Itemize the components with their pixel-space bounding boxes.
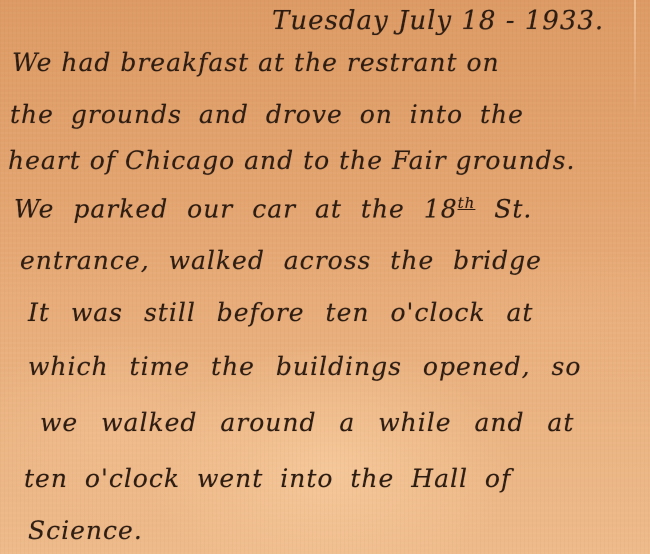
text-line-4-end: St. [475, 194, 532, 223]
text-line-9: ten o'clock went into the Hall of [24, 464, 511, 493]
text-line-4: We parked our car at the 18th St. [14, 194, 532, 223]
text-line-1: We had breakfast at the restrant on [12, 48, 500, 77]
text-line-3: heart of Chicago and to the Fair grounds… [8, 146, 575, 175]
text-line-5: entrance, walked across the bridge [20, 246, 542, 275]
entry-date: Tuesday July 18 - 1933. [272, 6, 604, 36]
text-line-2: the grounds and drove on into the [10, 100, 524, 129]
text-line-8: we walked around a while and at [40, 408, 574, 437]
text-line-4-main: We parked our car at the 18 [14, 194, 458, 223]
paper-crease [634, 0, 636, 120]
text-line-7: which time the buildings opened, so [28, 352, 581, 381]
diary-page: Tuesday July 18 - 1933. We had breakfast… [0, 0, 650, 554]
text-line-10: Science. [28, 516, 143, 545]
text-line-6: It was still before ten o'clock at [28, 298, 533, 327]
ordinal-suffix: th [458, 194, 476, 212]
